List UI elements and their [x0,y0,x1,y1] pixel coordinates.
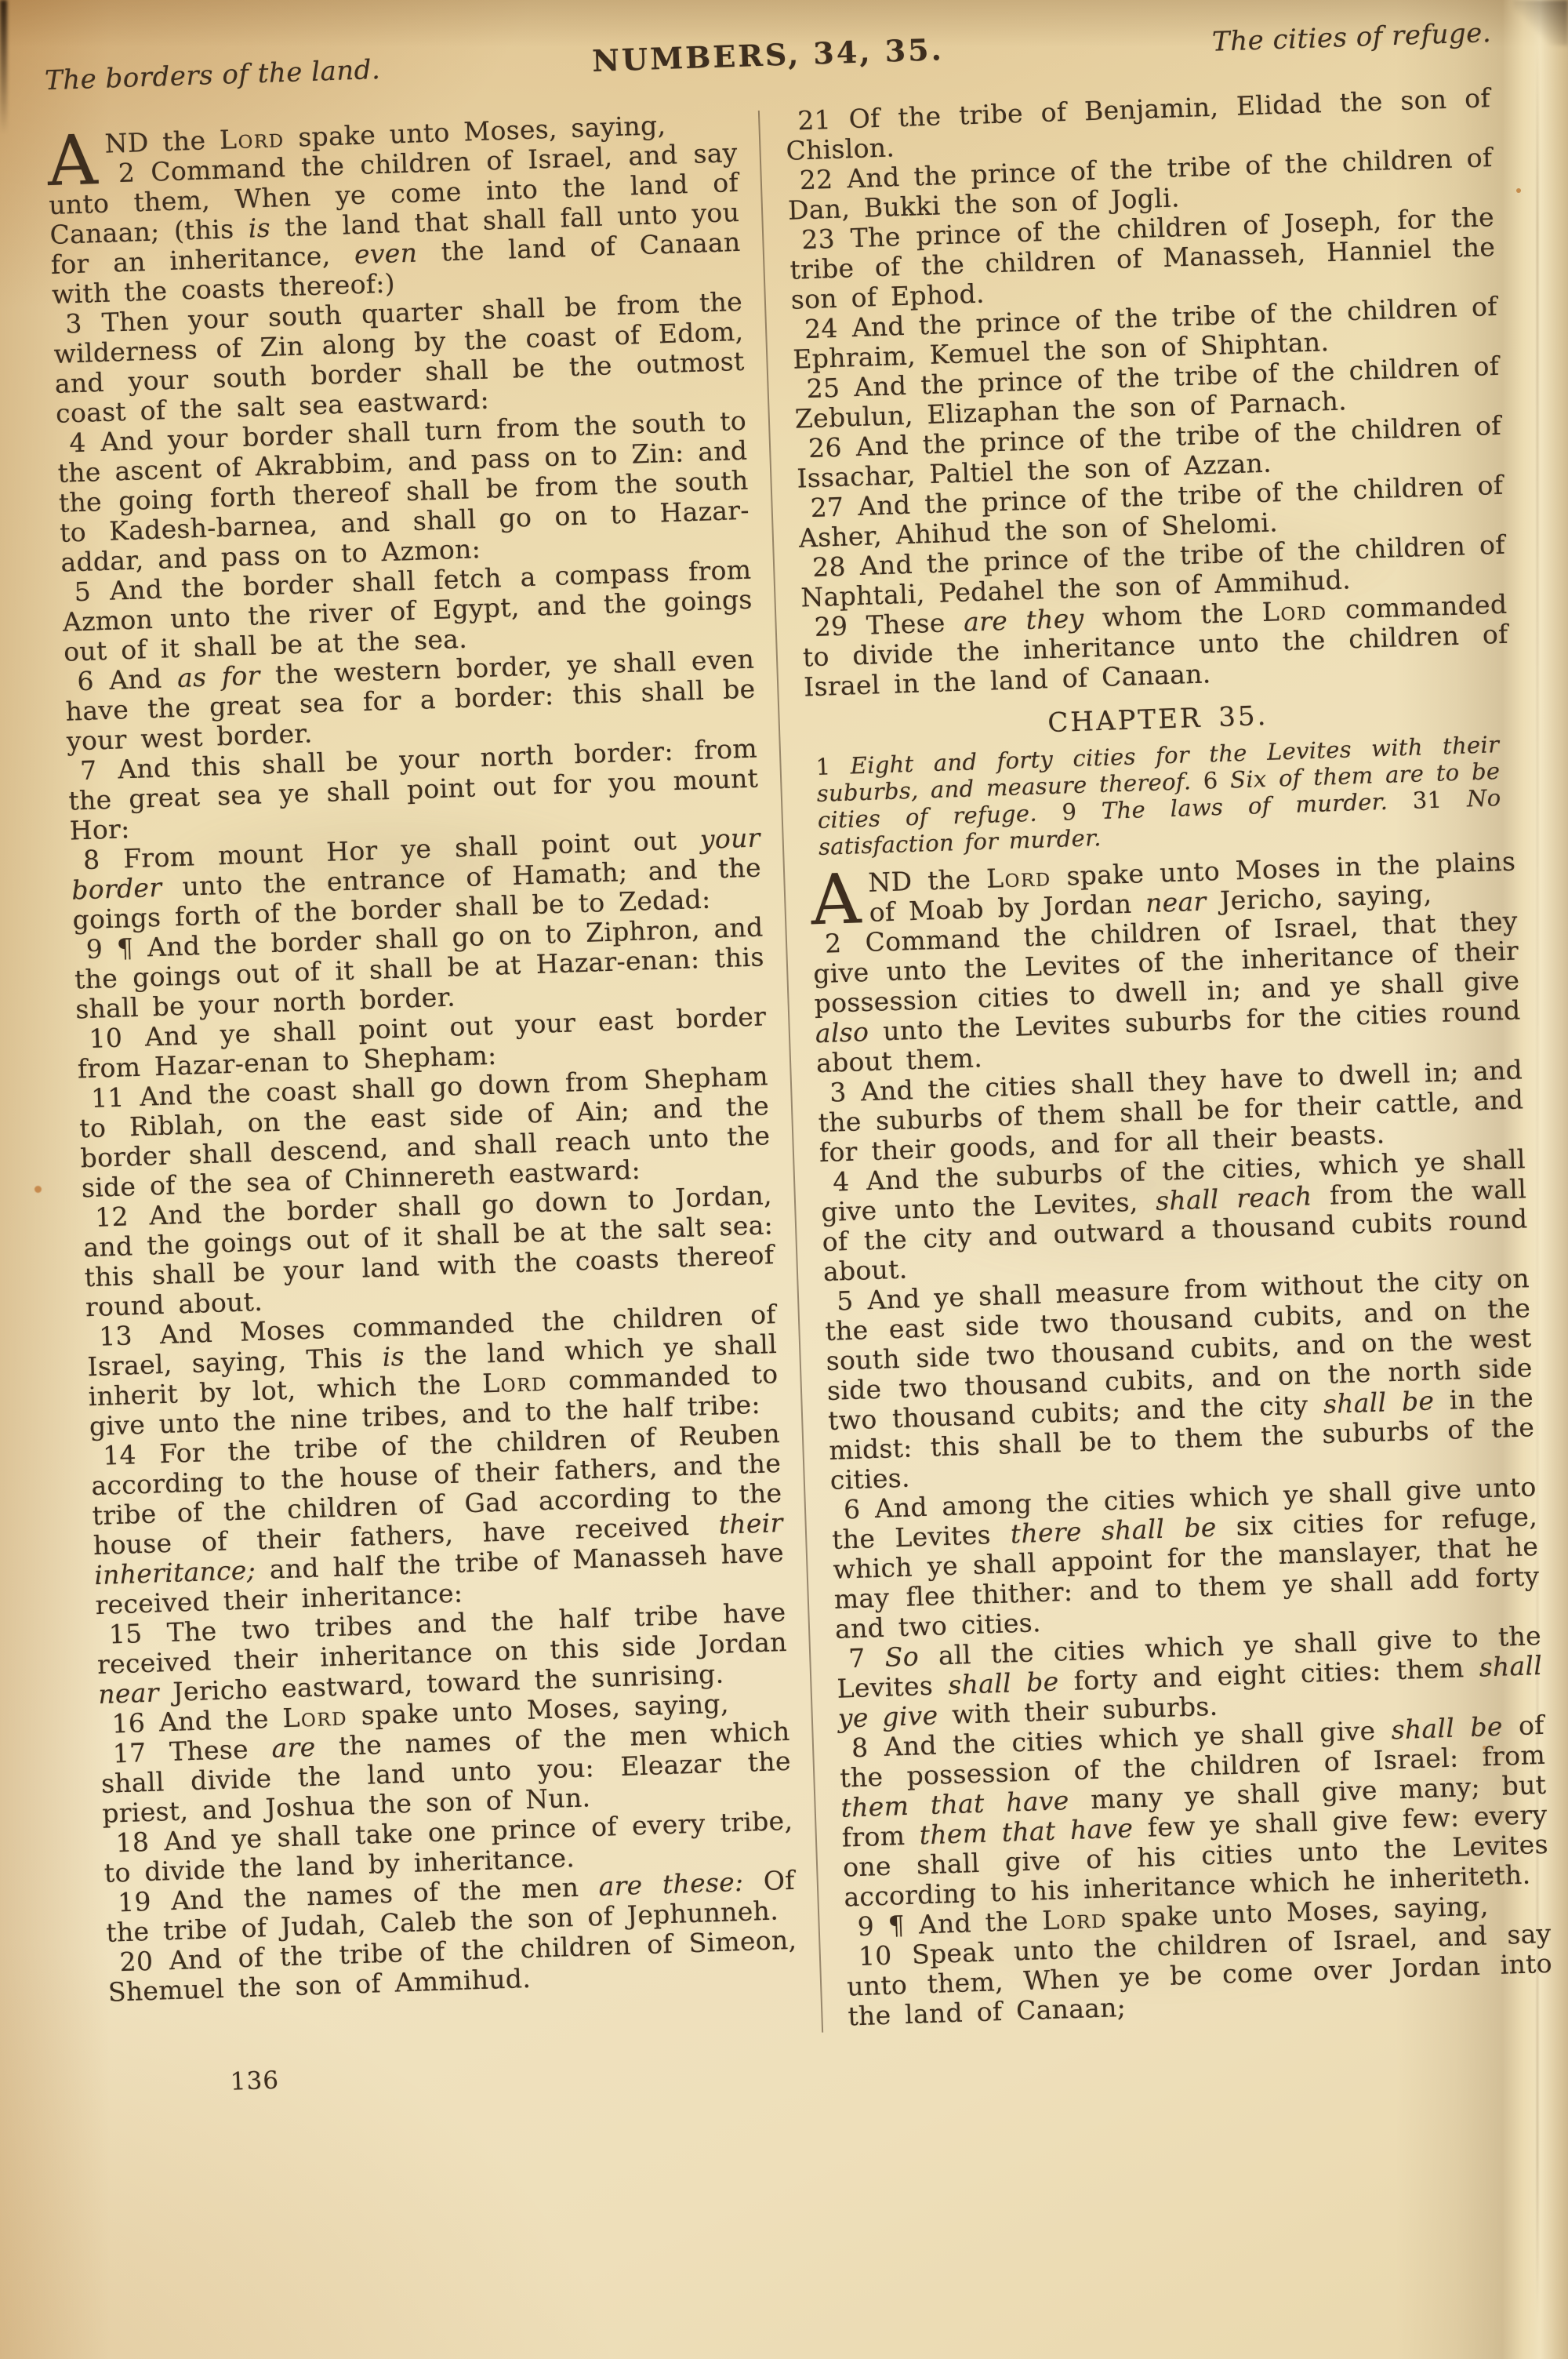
verse-paragraph: 4 And your border shall turn from the so… [56,406,751,578]
text-run: ND the [104,125,220,159]
text-run: 6 [1191,767,1231,795]
verse-paragraph: 12 And the border shall go down to Jorda… [82,1180,776,1322]
left-column: AND the Lord spake unto Moses, saying,2 … [46,108,800,2056]
page-number: 136 [230,2066,279,2096]
text-run: 6 And [77,663,178,696]
text-run: are they [964,603,1085,638]
text-run: Lord [219,122,285,155]
text-run: 11 And the coast shall go down from Shep… [79,1060,771,1203]
text-run: 3 Then your south quarter shall be from … [53,286,745,429]
right-column: 21 Of the tribe of Benjamin, Elidad the … [785,83,1554,2031]
text-run: 9 [1036,798,1102,827]
chapter-summary: 1 Eight and forty cities for the Levites… [815,731,1502,860]
text-run: 12 And the border shall go down to Jorda… [83,1179,775,1322]
text-run: 14 For the tribe of the children of Reub… [91,1418,782,1561]
text-run: 4 And your border shall turn from the so… [57,405,750,578]
scanned-bible-page: The borders of the land. NUMBERS, 34, 35… [0,0,1568,2359]
verse-paragraph: 6 And among the cities which ye shall gi… [830,1472,1541,1645]
running-head-left: The borders of the land. [44,48,569,96]
text-run: Lord [1042,1903,1108,1936]
page-corner-shadow [1513,0,1568,45]
text-run: is [382,1341,405,1372]
text-run: Lord [482,1366,548,1399]
text-run: 31 [1388,786,1468,815]
text-run: 1 [815,753,851,780]
two-column-text: AND the Lord spake unto Moses, saying,2 … [46,83,1556,2056]
verse-paragraph: 13 And Moses commanded the children of I… [86,1299,780,1441]
text-run: shall be [948,1666,1059,1700]
verse-paragraph: 11 And the coast shall go down from Shep… [78,1061,772,1203]
verse-paragraph: 3 Then your south quarter shall be from … [53,287,746,429]
text-run: is [248,213,270,244]
text-run: shall be [1323,1385,1435,1419]
text-run: near [98,1677,160,1710]
book-edge-shadow-left [0,0,7,133]
verse-paragraph: 8 And the cities which ye shall give sha… [839,1710,1550,1913]
text-run: near [1145,886,1207,919]
drop-cap-letter: A [46,129,106,189]
verse-paragraph: 14 For the tribe of the children of Reub… [90,1419,786,1620]
text-run: as for [176,660,260,692]
text-run: Lord [282,1701,348,1734]
text-run: are [271,1732,316,1764]
text-run: Lord [1261,594,1327,627]
book-chapter-title: NUMBERS, 34, 35. [568,31,968,79]
running-head-right: The cities of refuge. [967,17,1492,66]
text-run: Lord [985,861,1051,894]
text-run: also [815,1016,869,1049]
paper-speck [34,1186,42,1193]
page-content: The borders of the land. NUMBERS, 34, 35… [44,3,1559,2100]
text-run: So [884,1641,919,1672]
text-run: shall be [1391,1711,1503,1746]
verse-paragraph: 2 Command the children of Israel, and sa… [47,138,742,310]
verse-paragraph: 2 Command the children of Israel, that t… [812,906,1523,1078]
text-run: 7 [848,1642,886,1674]
drop-cap-letter: A [810,868,869,928]
verse-paragraph: 5 And ye shall measure from without the … [824,1263,1536,1496]
text-run: ND the [868,863,987,898]
paper-speck [1516,188,1521,193]
text-run: even [354,238,417,271]
